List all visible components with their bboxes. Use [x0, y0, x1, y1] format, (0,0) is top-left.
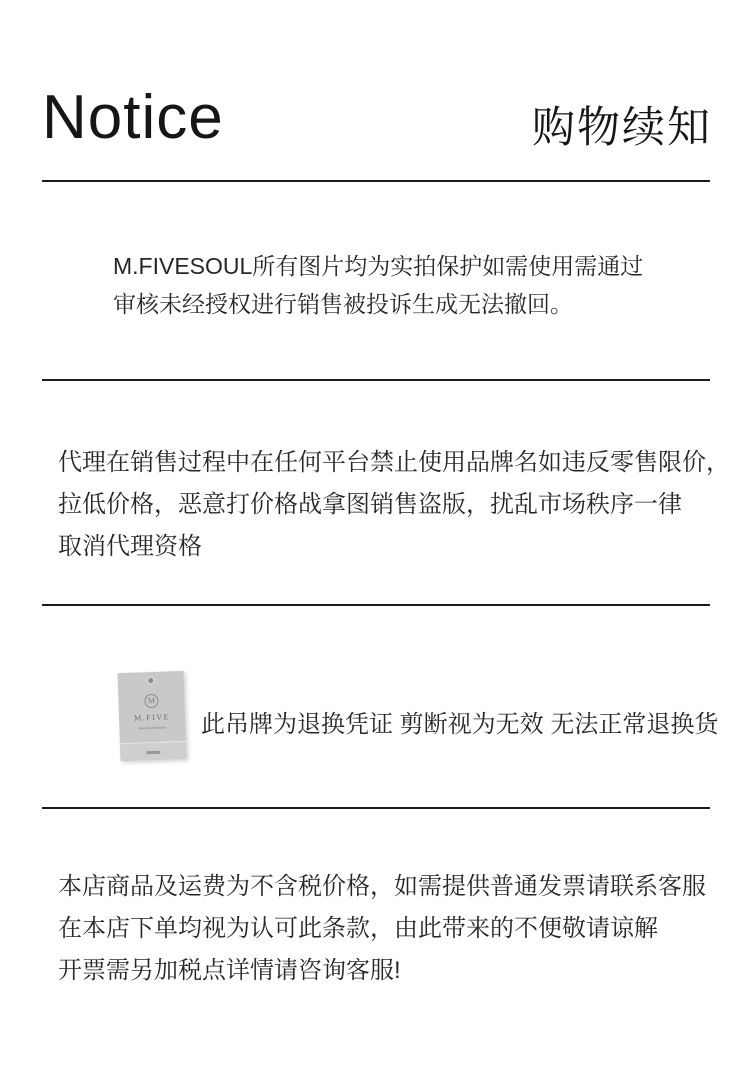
text-line: 审核未经授权进行销售被投诉生成无法撤回。	[113, 285, 643, 323]
tag-tagline-decoration	[138, 727, 166, 730]
tag-brand-label: M.FIVE	[119, 712, 185, 723]
hangtag-notice-text: 此吊牌为退换凭证 剪断视为无效 无法正常退换货	[201, 704, 718, 739]
divider	[42, 807, 710, 809]
page-title-english: Notice	[42, 82, 224, 153]
text-line: 代理在销售过程中在任何平台禁止使用品牌名如违反零售限价，	[58, 442, 730, 484]
text-line: 在本店下单均视为认可此条款，由此带来的不便敬请谅解	[58, 908, 706, 950]
divider	[42, 180, 710, 182]
text-line: M.FIVESOUL所有图片均为实拍保护如需使用需通过	[113, 247, 643, 285]
tag-footer-decoration	[146, 751, 160, 754]
section-image-protection: M.FIVESOUL所有图片均为实拍保护如需使用需通过 审核未经授权进行销售被投…	[113, 247, 643, 323]
text-line: 开票需另加税点详情请咨询客服!	[58, 950, 706, 992]
tag-hole	[148, 678, 153, 683]
divider	[42, 379, 710, 381]
notice-page: Notice 购物续知 M.FIVESOUL所有图片均为实拍保护如需使用需通过 …	[0, 0, 750, 1087]
tag-bottom-strip	[120, 741, 187, 761]
hangtag-image: M M.FIVE	[117, 671, 186, 761]
section-agency-rules: 代理在销售过程中在任何平台禁止使用品牌名如违反零售限价， 拉低价格，恶意打价格战…	[58, 442, 730, 568]
divider	[42, 604, 710, 606]
tag-logo-m-icon: M	[144, 694, 158, 708]
section-tax-invoice: 本店商品及运费为不含税价格，如需提供普通发票请联系客服 在本店下单均视为认可此条…	[58, 866, 706, 992]
page-title-chinese: 购物续知	[532, 94, 712, 155]
text-line: 拉低价格，恶意打价格战拿图销售盗版，扰乱市场秩序一律	[58, 484, 730, 526]
text-line: 本店商品及运费为不含税价格，如需提供普通发票请联系客服	[58, 866, 706, 908]
text-line: 取消代理资格	[58, 526, 730, 568]
